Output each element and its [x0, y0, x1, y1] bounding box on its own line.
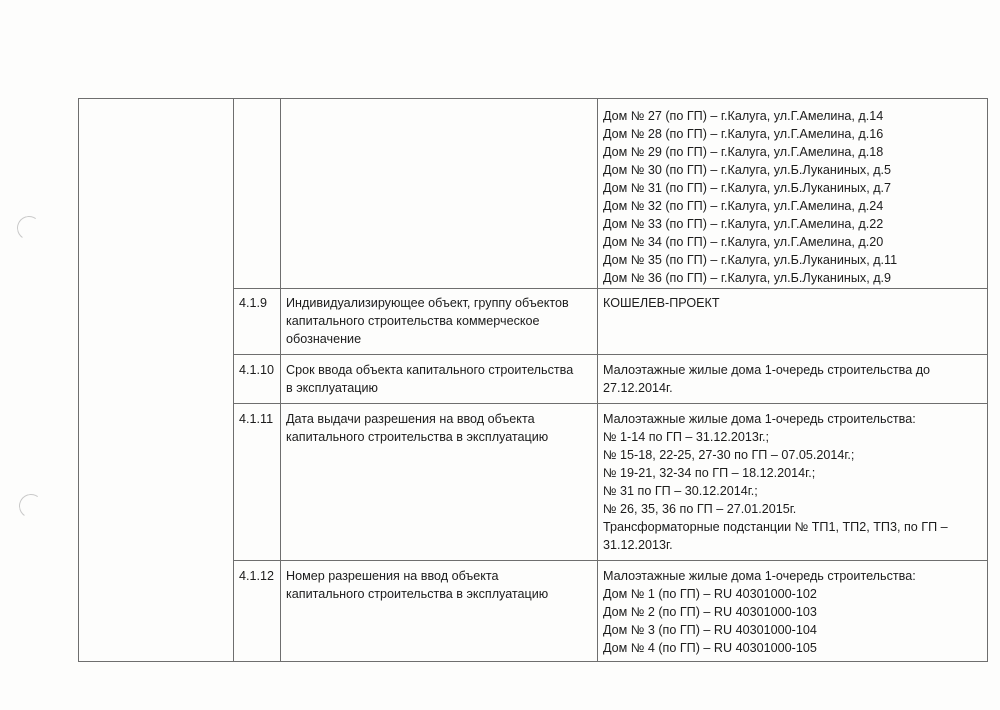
document-table: Дом № 27 (по ГП) – г.Калуга, ул.Г.Амелин…	[78, 98, 988, 662]
row-label: Индивидуализирующее объект, группу объек…	[281, 289, 598, 355]
table-row-continuation: Дом № 27 (по ГП) – г.Калуга, ул.Г.Амелин…	[79, 99, 988, 289]
address-line: Дом № 30 (по ГП) – г.Калуга, ул.Б.Лукани…	[603, 161, 981, 179]
address-line: Дом № 32 (по ГП) – г.Калуга, ул.Г.Амелин…	[603, 197, 981, 215]
address-line: Дом № 29 (по ГП) – г.Калуга, ул.Г.Амелин…	[603, 143, 981, 161]
address-line: Дом № 28 (по ГП) – г.Калуга, ул.Г.Амелин…	[603, 125, 981, 143]
merged-section-cell	[79, 99, 234, 662]
hole-punch-mark	[17, 492, 45, 520]
address-line: Дом № 36 (по ГП) – г.Калуга, ул.Б.Лукани…	[603, 269, 981, 287]
address-line: Дом № 33 (по ГП) – г.Калуга, ул.Г.Амелин…	[603, 215, 981, 233]
row-value: Малоэтажные жилые дома 1-очередь строите…	[598, 561, 988, 662]
row-number: 4.1.12	[234, 561, 281, 662]
hole-punch-mark	[15, 214, 43, 242]
address-line: Дом № 31 (по ГП) – г.Калуга, ул.Б.Лукани…	[603, 179, 981, 197]
row-value: Малоэтажные жилые дома 1-очередь строите…	[598, 355, 988, 404]
row-label-cell	[281, 99, 598, 289]
address-line: Дом № 35 (по ГП) – г.Калуга, ул.Б.Лукани…	[603, 251, 981, 269]
row-number: 4.1.10	[234, 355, 281, 404]
row-value: Малоэтажные жилые дома 1-очередь строите…	[598, 404, 988, 561]
row-number: 4.1.9	[234, 289, 281, 355]
row-label: Дата выдачи разрешения на ввод объекта к…	[281, 404, 598, 561]
row-number-cell	[234, 99, 281, 289]
address-line: Дом № 34 (по ГП) – г.Калуга, ул.Г.Амелин…	[603, 233, 981, 251]
row-number: 4.1.11	[234, 404, 281, 561]
address-line: Дом № 27 (по ГП) – г.Калуга, ул.Г.Амелин…	[603, 107, 981, 125]
row-value-cell: Дом № 27 (по ГП) – г.Калуга, ул.Г.Амелин…	[598, 99, 988, 289]
row-label: Срок ввода объекта капитального строител…	[281, 355, 598, 404]
row-label: Номер разрешения на ввод объекта капитал…	[281, 561, 598, 662]
row-value: КОШЕЛЕВ-ПРОЕКТ	[598, 289, 988, 355]
